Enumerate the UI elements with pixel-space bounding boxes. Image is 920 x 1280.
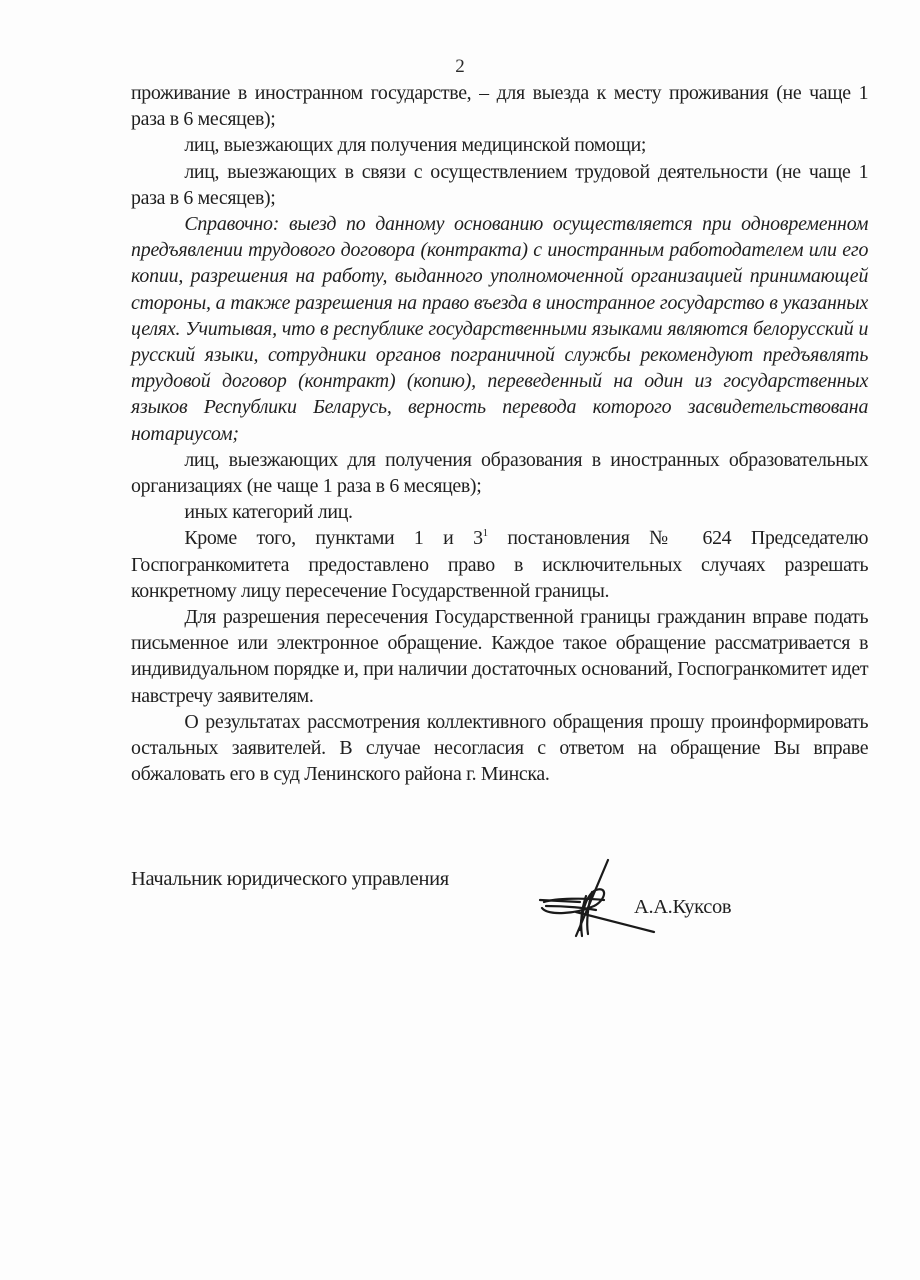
paragraph-border-crossing-request: Для разрешения пересечения Государственн… (131, 604, 868, 709)
paragraph-chairman-right: Кроме того, пунктами 1 и 31 постановлени… (131, 525, 868, 604)
page-number: 2 (0, 56, 920, 78)
paragraph-reference-note: Справочно: выезд по данному основанию ос… (131, 211, 868, 447)
letter-body: проживание в иностранном государстве, – … (131, 80, 868, 787)
paragraph-residence-exit: проживание в иностранном государстве, – … (131, 80, 868, 132)
paragraph-chairman-right-text-1: Кроме того, пунктами 1 и 3 (184, 527, 482, 549)
paragraph-education: лиц, выезжающих для получения образовани… (131, 447, 868, 499)
signer-title: Начальник юридического управления (131, 868, 449, 891)
paragraph-medical-care: лиц, выезжающих для получения медицинско… (131, 132, 868, 158)
paragraph-labor-activity: лиц, выезжающих в связи с осуществлением… (131, 159, 868, 211)
paragraph-appeal-info: О результатах рассмотрения коллективного… (131, 709, 868, 788)
signer-name: А.А.Куксов (634, 896, 731, 919)
signature-block: Начальник юридического управления А.А.Ку… (131, 868, 868, 948)
document-page: 2 проживание в иностранном государстве, … (0, 0, 920, 1280)
paragraph-other-categories: иных категорий лиц. (131, 499, 868, 525)
